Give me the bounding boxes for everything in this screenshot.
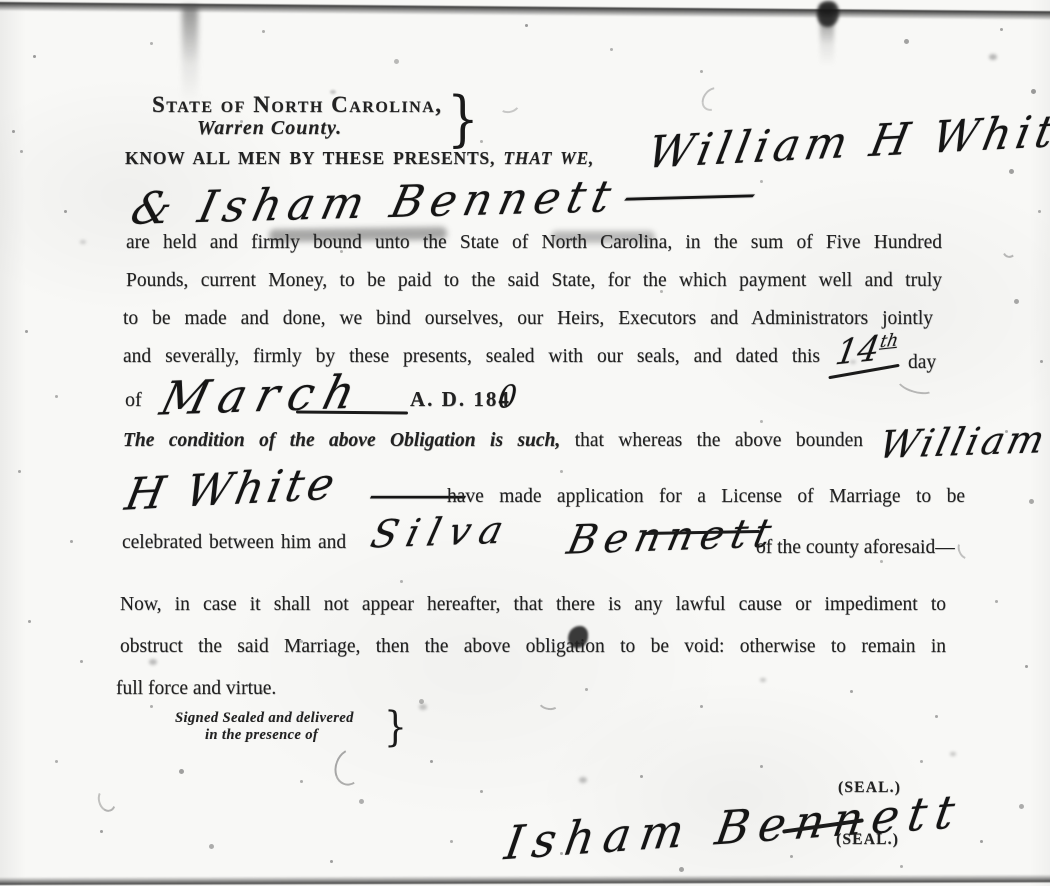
state-heading: State of North Carolina, (152, 92, 443, 118)
cosigner-name-text: & Isham Bennett (126, 171, 622, 235)
handwritten-bride-first: Silva (367, 507, 517, 556)
opening-clause: KNOW ALL MEN BY THESE PRESENTS, THAT WE, (125, 148, 594, 169)
condition-rest: that whereas the above bounden (575, 430, 863, 451)
of-label: of (125, 389, 142, 412)
paper-mark (537, 692, 561, 712)
paper-mark (496, 94, 521, 115)
handwritten-groom-second: H White (121, 458, 342, 521)
seal-label-2: (SEAL.) (836, 831, 899, 849)
condition-line: The condition of the above Obligation is… (123, 430, 863, 452)
handwritten-month: March (155, 364, 370, 426)
handwritten-groom-first: William (875, 417, 1050, 467)
witness-line-2: in the presence of (205, 727, 318, 744)
ink-streak (182, 6, 198, 102)
closing-line-3: full force and virtue. (116, 678, 276, 700)
paper-speck-field (12, 130, 15, 133)
handwritten-groom-name: William H White (643, 104, 1050, 179)
torn-bottom-edge (0, 874, 1050, 885)
paper-mark (329, 744, 370, 790)
handwritten-cosigner-name: & Isham Bennett — (126, 168, 732, 235)
closing-line-1: Now, in case it shall not appear hereaft… (120, 594, 946, 616)
paper-mark (95, 786, 119, 814)
marriage-bond-document: State of North Carolina, Warren County. … (0, 0, 1050, 886)
paper-mark (1000, 237, 1020, 260)
bond-line-4: and severally, firmly by these presents,… (123, 346, 820, 368)
bond-line-3: to be made and done, we bind ourselves, … (123, 308, 933, 330)
day-word: day (908, 352, 936, 374)
paper-mark (954, 535, 980, 563)
year-printed: A. D. 184 (410, 387, 511, 412)
aforesaid-line: of the county aforesaid— (756, 537, 955, 559)
torn-top-edge (0, 2, 1050, 20)
celebrated-line: celebrated between him and (122, 532, 346, 554)
paper-mark (697, 83, 729, 116)
handwritten-year-digit: 0 (497, 378, 518, 416)
bond-line-2: Pounds, current Money, to be paid to the… (126, 270, 942, 292)
witness-line-1: Signed Sealed and delivered (175, 710, 354, 727)
bond-line-1: are held and firmly bound unto the State… (126, 232, 942, 254)
application-line: have made application for a License of M… (447, 486, 965, 508)
cosigner-dash: — (614, 167, 789, 223)
witness-brace: } (384, 704, 407, 751)
ink-blot (817, 1, 839, 27)
day-suffix: th (879, 330, 900, 352)
opening-clause-roman: KNOW ALL MEN BY THESE PRESENTS, (125, 148, 495, 168)
handwritten-signature: Isham Bennett (501, 784, 967, 871)
handwritten-bride-last: Bennett (563, 510, 782, 564)
header-brace: } (447, 84, 479, 154)
opening-clause-italic: THAT WE, (503, 148, 594, 168)
county-heading: Warren County. (197, 117, 342, 140)
closing-line-2: obstruct the said Marriage, then the abo… (120, 636, 946, 658)
condition-lead: The condition of the above Obligation is… (123, 430, 560, 451)
